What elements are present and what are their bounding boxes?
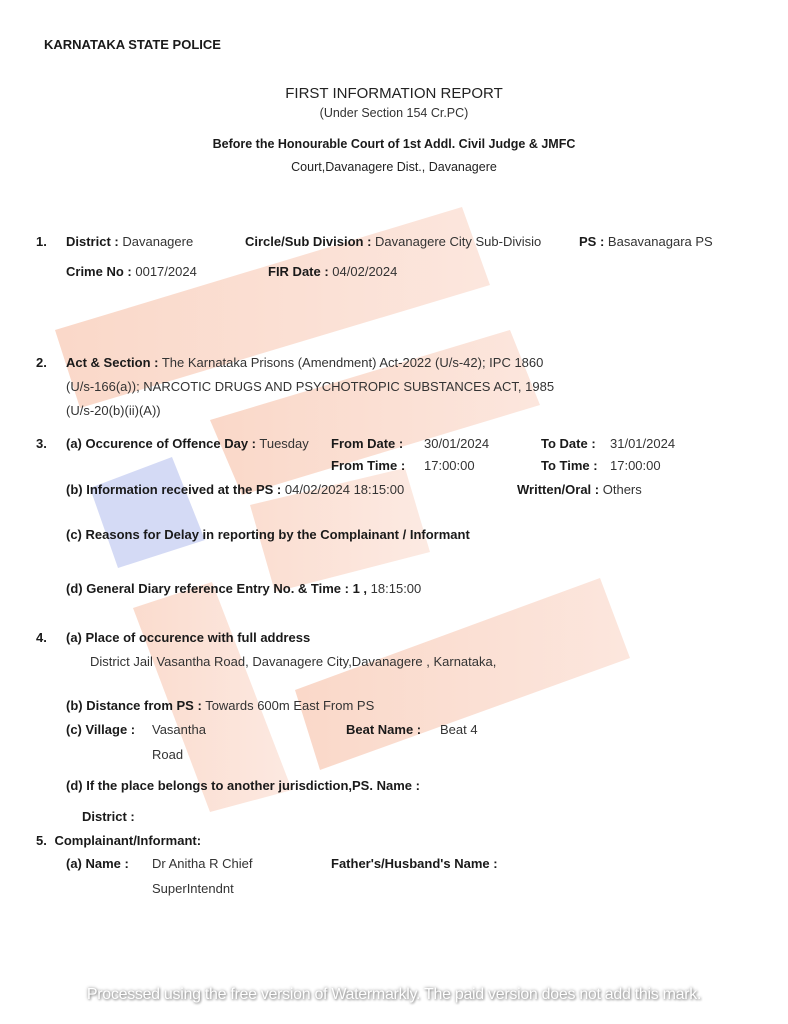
act-section-line-1: Act & Section : The Karnataka Prisons (A… [66,355,543,370]
to-date-value: 31/01/2024 [610,436,675,451]
complainant-label: Complainant/Informant: [54,833,201,848]
info-received-label: (b) Information received at the PS : [66,482,281,497]
general-diary-value: 18:15:00 [371,581,422,596]
offence-day-value: Tuesday [259,436,308,451]
act-section-value-1: The Karnataka Prisons (Amendment) Act-20… [162,355,544,370]
from-date-value: 30/01/2024 [424,436,489,451]
place-of-occurence-label: (a) Place of occurence with full address [66,630,310,645]
court-line-2: Court,Davanagere Dist., Davanagere [0,160,788,174]
general-diary-label: (d) General Diary reference Entry No. & … [66,581,367,596]
written-oral-label: Written/Oral : [517,482,599,497]
district-label: District : [66,234,119,249]
complainant-name-line-2: SuperIntendnt [152,881,234,896]
fir-date-label: FIR Date : [268,264,329,279]
act-section-label: Act & Section : [66,355,158,370]
general-diary-field: (d) General Diary reference Entry No. & … [66,581,421,596]
section-2-number: 2. [36,355,47,370]
complainant-heading: 5. Complainant/Informant: [36,833,201,848]
fir-document: KARNATAKA STATE POLICE FIRST INFORMATION… [0,0,788,1024]
from-time-label: From Time : [331,458,405,473]
district-value: Davanagere [122,234,193,249]
village-label: (c) Village : [66,722,135,737]
section-1-number: 1. [36,234,47,249]
ps-field: PS : Basavanagara PS [579,234,713,249]
beat-name-label: Beat Name : [346,722,421,737]
act-section-value-3: (U/s-20(b)(ii)(A)) [66,403,161,418]
written-oral-field: Written/Oral : Others [517,482,642,497]
other-district-label: District : [82,809,135,824]
section-4-number: 4. [36,630,47,645]
to-time-value: 17:00:00 [610,458,661,473]
distance-label: (b) Distance from PS : [66,698,202,713]
complainant-name-label: (a) Name : [66,856,129,871]
to-date-label: To Date : [541,436,596,451]
fir-date-value: 04/02/2024 [332,264,397,279]
other-jurisdiction-label: (d) If the place belongs to another juri… [66,778,420,793]
fir-date-field: FIR Date : 04/02/2024 [268,264,397,279]
from-time-value: 17:00:00 [424,458,475,473]
org-name: KARNATAKA STATE POLICE [44,37,221,52]
distance-field: (b) Distance from PS : Towards 600m East… [66,698,374,713]
village-value-line-1: Vasantha [152,722,206,737]
info-received-field: (b) Information received at the PS : 04/… [66,482,404,497]
ps-value: Basavanagara PS [608,234,713,249]
village-value-line-2: Road [152,747,183,762]
offence-day-field: (a) Occurence of Offence Day : Tuesday [66,436,309,451]
written-oral-value: Others [603,482,642,497]
crime-no-field: Crime No : 0017/2024 [66,264,197,279]
place-of-occurence-value: District Jail Vasantha Road, Davanagere … [90,654,496,669]
section-5-number: 5. [36,833,47,848]
to-time-label: To Time : [541,458,598,473]
court-line-1: Before the Honourable Court of 1st Addl.… [0,137,788,151]
from-date-label: From Date : [331,436,403,451]
watermark-footer-text: Processed using the free version of Wate… [0,986,788,1004]
document-subtitle: (Under Section 154 Cr.PC) [0,106,788,120]
district-field: District : Davanagere [66,234,193,249]
offence-day-label: (a) Occurence of Offence Day : [66,436,256,451]
ps-label: PS : [579,234,604,249]
beat-name-value: Beat 4 [440,722,478,737]
crime-no-label: Crime No : [66,264,132,279]
distance-value: Towards 600m East From PS [205,698,374,713]
delay-reasons-label: (c) Reasons for Delay in reporting by th… [66,527,470,542]
father-husband-name-label: Father's/Husband's Name : [331,856,498,871]
circle-value: Davanagere City Sub-Divisio [375,234,541,249]
section-3-number: 3. [36,436,47,451]
circle-field: Circle/Sub Division : Davanagere City Su… [245,234,541,249]
crime-no-value: 0017/2024 [135,264,196,279]
info-received-value: 04/02/2024 18:15:00 [285,482,404,497]
act-section-value-2: (U/s-166(a)); NARCOTIC DRUGS AND PSYCHOT… [66,379,554,394]
circle-label: Circle/Sub Division : [245,234,371,249]
complainant-name-line-1: Dr Anitha R Chief [152,856,252,871]
document-title: FIRST INFORMATION REPORT [0,85,788,102]
